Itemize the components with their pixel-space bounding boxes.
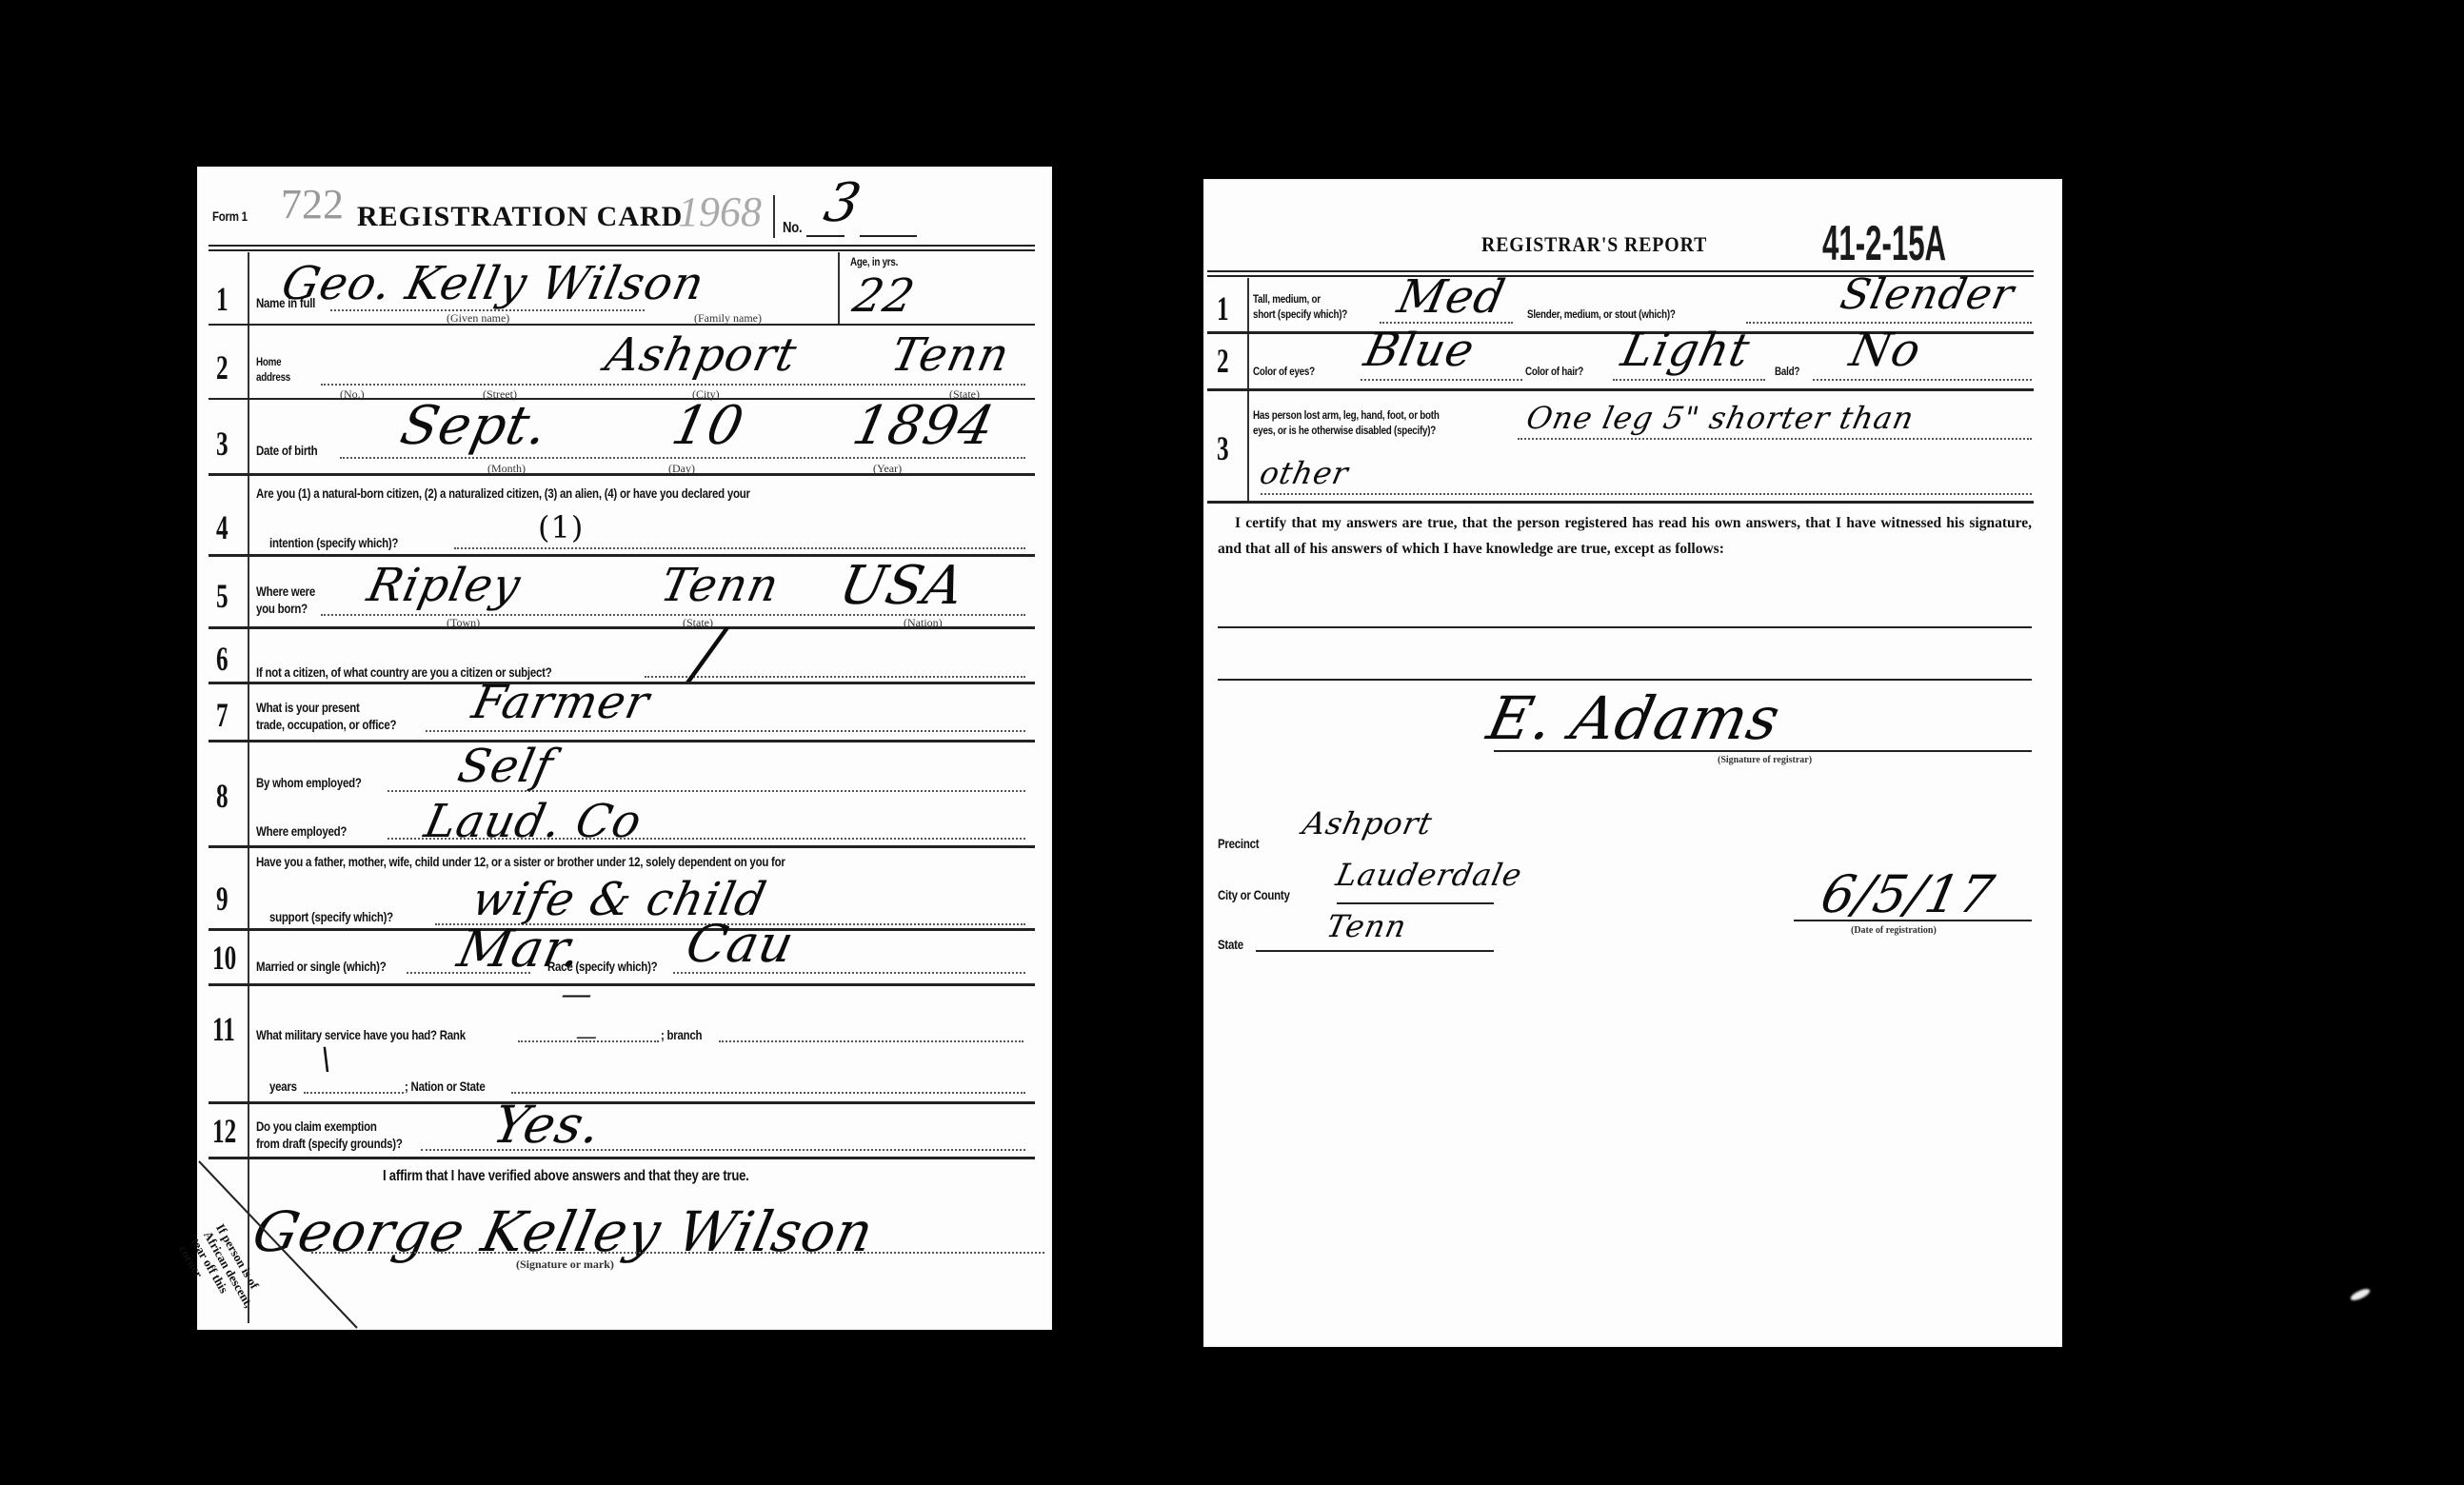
signature-label: (Signature or mark)	[516, 1257, 614, 1272]
eye-color-label: Color of eyes?	[1253, 364, 1315, 380]
state-value: Tenn	[1323, 908, 1410, 944]
registrar-signature-label: (Signature of registrar)	[1718, 755, 1812, 765]
address-state-value: Tenn	[886, 328, 1014, 382]
dob-month-value: Sept.	[395, 395, 553, 457]
row-number: 11	[212, 1009, 235, 1049]
serial-stamp: 722	[281, 180, 344, 228]
build-label: Slender, medium, or stout (which)?	[1527, 307, 1676, 323]
build-value: Slender	[1837, 270, 2019, 319]
card-title: REGISTRATION CARD	[357, 201, 683, 233]
occupation-value: Farmer	[467, 676, 654, 729]
disability-value-continued: other	[1257, 455, 1352, 491]
scan-artifact	[2349, 1287, 2371, 1303]
pencil-number: 1968	[678, 188, 762, 236]
report-title: REGISTRAR'S REPORT	[1481, 232, 1707, 257]
military-label: What military service have you had? Rank	[256, 1027, 466, 1043]
birth-town-value: Ripley	[363, 559, 526, 612]
row-number: 6	[216, 639, 229, 679]
row-number: 10	[212, 938, 236, 978]
employer-label: By whom employed?	[256, 775, 362, 791]
exception-line	[1218, 626, 2032, 628]
dob-day-value: 10	[666, 395, 749, 457]
disability-label-1: Has person lost arm, leg, hand, foot, or…	[1253, 407, 1440, 424]
row-number: 7	[216, 695, 229, 735]
row-number: 9	[216, 879, 229, 919]
registration-date-label: (Date of registration)	[1851, 925, 1937, 936]
citizenship-question: Are you (1) a natural-born citizen, (2) …	[256, 485, 750, 502]
occupation-label-2: trade, occupation, or office?	[256, 717, 396, 733]
dependents-label: support (specify which)?	[269, 909, 393, 925]
marital-label: Married or single (which)?	[256, 959, 386, 975]
number-label: No.	[783, 220, 802, 236]
exemption-label-2: from draft (specify grounds)?	[256, 1136, 403, 1152]
disability-value: One leg 5" shorter than	[1523, 400, 1918, 436]
row-number: 3	[216, 424, 229, 464]
bald-value: No	[1845, 324, 1926, 377]
address-city-value: Ashport	[601, 328, 802, 382]
registration-date-value: 6/5/17	[1816, 864, 1999, 924]
height-label-1: Tall, medium, or	[1253, 291, 1321, 307]
nation-state-label: ; Nation or State	[405, 1079, 485, 1095]
row-number: 4	[216, 507, 229, 547]
exemption-label-1: Do you claim exemption	[256, 1119, 377, 1135]
age-label: Age, in yrs.	[850, 254, 898, 270]
row-number: 5	[216, 576, 229, 616]
marital-value: Mar.	[452, 919, 587, 979]
branch-label: ; branch	[661, 1027, 702, 1043]
report-stamp: 41-2-15A	[1822, 215, 1946, 272]
race-value: Cau	[681, 914, 800, 974]
precinct-label: Precinct	[1218, 836, 1259, 852]
disability-label-2: eyes, or is he otherwise disabled (speci…	[1253, 423, 1436, 439]
dob-label: Date of birth	[256, 443, 317, 459]
occupation-label-1: What is your present	[256, 700, 360, 716]
dob-year-value: 1894	[847, 395, 1000, 457]
precinct-value: Ashport	[1300, 805, 1436, 841]
state-label: State	[1218, 937, 1243, 953]
years-value: \	[321, 1040, 332, 1077]
citizenship-value: (1)	[538, 509, 584, 545]
county-label: City or County	[1218, 887, 1290, 903]
bald-label: Bald?	[1775, 364, 1799, 380]
where-employed-label: Where employed?	[256, 823, 347, 840]
number-value: 3	[819, 172, 866, 234]
born-label-1: Where were	[256, 584, 315, 600]
registration-card-front: Form 1 722 REGISTRATION CARD 1968 No. 3 …	[197, 167, 1052, 1330]
exception-line	[1218, 679, 2032, 681]
hair-color-value: Light	[1617, 324, 1755, 377]
form-label: Form 1	[212, 208, 248, 225]
eye-color-value: Blue	[1360, 324, 1480, 377]
years-label: years	[269, 1079, 297, 1095]
citizenship-label: intention (specify which)?	[269, 535, 398, 551]
birth-nation-value: USA	[834, 555, 970, 617]
height-label-2: short (specify which)?	[1253, 307, 1347, 323]
age-value: 22	[848, 269, 920, 323]
affirmation-text: I affirm that I have verified above answ…	[383, 1168, 749, 1184]
address-label: address	[256, 369, 290, 386]
born-label-2: you born?	[256, 601, 308, 617]
hair-color-label: Color of hair?	[1525, 364, 1583, 380]
height-value: Med	[1393, 270, 1510, 324]
employer-value: Self	[453, 740, 558, 793]
exemption-value: Yes.	[487, 1095, 606, 1155]
row-number: 2	[216, 347, 229, 387]
birth-state-value: Tenn	[656, 559, 784, 612]
full-name-value: Geo. Kelly Wilson	[277, 257, 709, 310]
row-number: 2	[1217, 341, 1229, 381]
home-label: Home	[256, 354, 281, 370]
certification-text: I certify that my answers are true, that…	[1218, 510, 2032, 562]
registrars-report-card: REGISTRAR'S REPORT 41-2-15A 1 Tall, medi…	[1203, 179, 2062, 1347]
divider	[773, 195, 775, 238]
where-employed-value: Laud. Co	[420, 795, 646, 848]
row-number: 8	[216, 776, 229, 816]
nation-value: —	[573, 1025, 600, 1049]
row-number: 3	[1217, 428, 1229, 468]
registrar-signature: E. Adams	[1481, 683, 1786, 753]
dependents-question: Have you a father, mother, wife, child u…	[256, 854, 785, 870]
county-value: Lauderdale	[1333, 857, 1525, 893]
row-number: 1	[216, 279, 229, 319]
row-number: 12	[212, 1111, 236, 1151]
row-number: 1	[1217, 288, 1229, 328]
rank-value: —	[558, 976, 597, 1012]
header-rule	[209, 245, 1035, 251]
